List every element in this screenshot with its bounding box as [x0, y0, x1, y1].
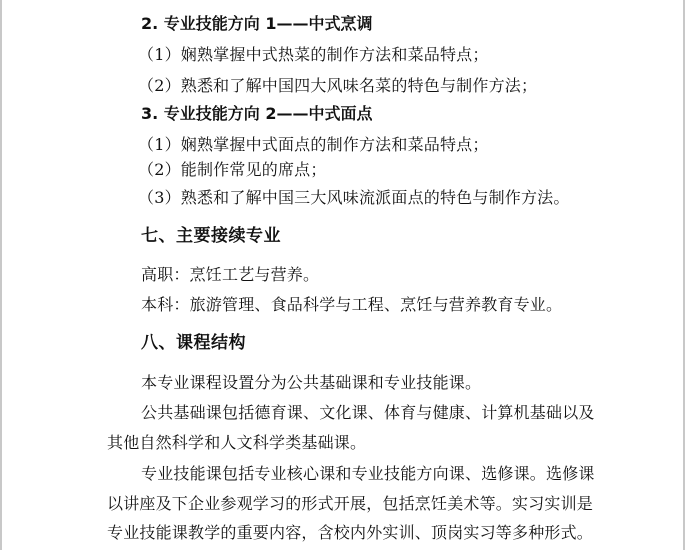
skill-direction-2-item-3: （3）熟悉和了解中国三大风味流派面点的特色与制作方法。 [138, 188, 570, 208]
skill-courses-paragraph-line-2: 以讲座及下企业参观学习的形式开展，包括烹饪美术等。实习实训是 [107, 494, 593, 514]
public-courses-paragraph-line-1: 公共基础课包括德育课、文化课、体育与健康、计算机基础以及 [141, 403, 595, 423]
skill-direction-2-heading: 3. 专业技能方向 2——中式面点 [141, 104, 373, 124]
skill-courses-paragraph-line-1: 专业技能课包括专业核心课和专业技能方向课、选修课。选修课 [141, 464, 595, 484]
section-seven-heading: 七、主要接续专业 [141, 226, 281, 246]
skill-direction-1-item-2: （2）熟悉和了解中国四大风味名菜的特色与制作方法； [138, 76, 537, 96]
skill-direction-1-heading: 2. 专业技能方向 1——中式烹调 [141, 14, 373, 34]
section-eight-heading: 八、课程结构 [141, 333, 246, 353]
skill-direction-2-item-1: （1）娴熟掌握中式面点的制作方法和菜品特点； [138, 135, 489, 155]
skill-courses-paragraph-line-3: 专业技能课教学的重要内容，含校内外实训、顶岗实习等多种形式。 [107, 523, 593, 543]
document-page: 2. 专业技能方向 1——中式烹调 （1）娴熟掌握中式热菜的制作方法和菜品特点；… [0, 0, 685, 550]
section-seven-line-undergrad: 本科：旅游管理、食品科学与工程、烹饪与营养教育专业。 [141, 295, 562, 315]
course-structure-paragraph-1: 本专业课程设置分为公共基础课和专业技能课。 [141, 373, 481, 393]
skill-direction-2-item-2: （2）能制作常见的席点； [138, 160, 327, 180]
skill-direction-1-item-1: （1）娴熟掌握中式热菜的制作方法和菜品特点； [138, 45, 489, 65]
public-courses-paragraph-line-2: 其他自然科学和人文科学类基础课。 [107, 433, 366, 453]
section-seven-line-vocational: 高职：烹饪工艺与营养。 [141, 265, 319, 285]
